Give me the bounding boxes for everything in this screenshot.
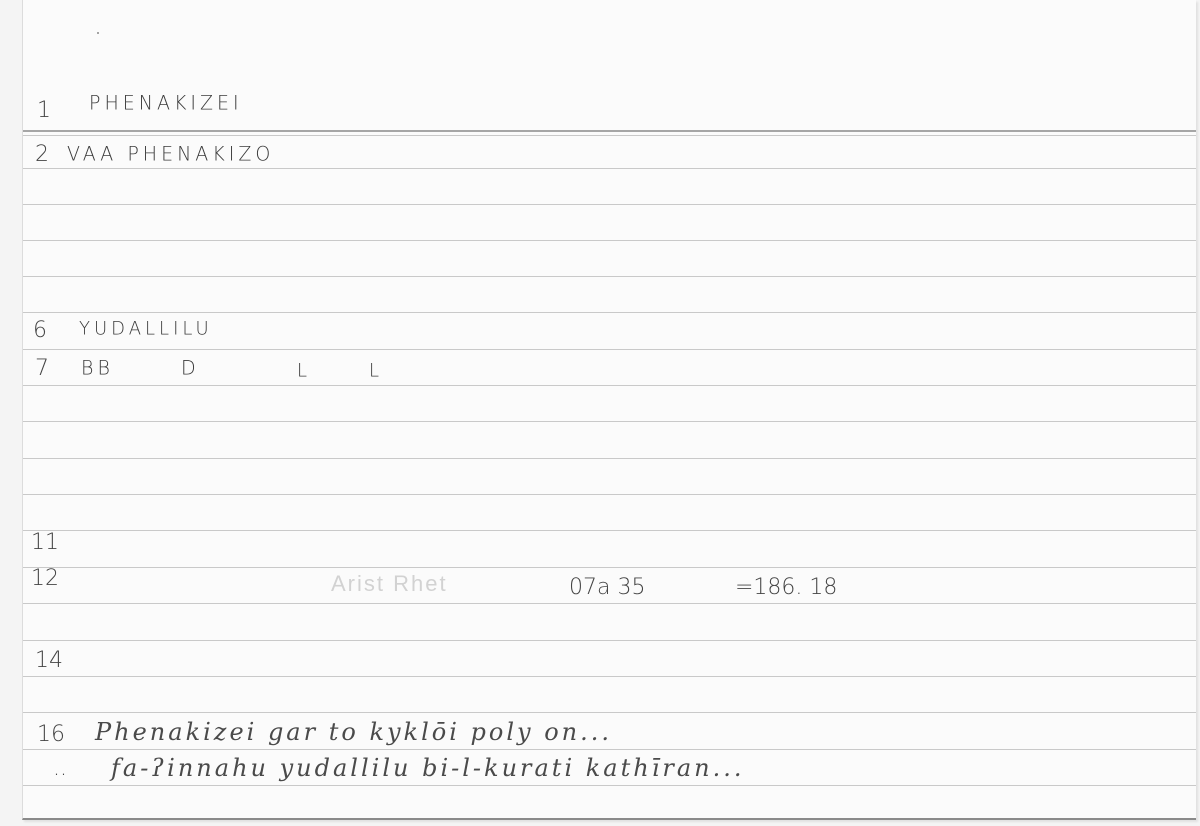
line-number: 12: [31, 566, 59, 591]
ruled-line: [23, 240, 1196, 241]
ruled-line: [23, 603, 1196, 604]
ruled-line: [23, 204, 1196, 205]
ruled-line: [23, 135, 1196, 136]
handwritten-reference: 07a 35: [569, 575, 645, 600]
handwritten-text: VAA PHENAKIZO: [67, 142, 274, 165]
ruled-line: [23, 494, 1196, 495]
continuation-mark: ..: [53, 756, 67, 781]
ruled-line: [23, 421, 1196, 422]
line-number: 11: [31, 530, 59, 555]
handwritten-mark: L: [297, 359, 311, 381]
ruled-line: [23, 312, 1196, 313]
stamp-source: Arist Rhet: [331, 571, 448, 597]
handwritten-text: PHENAKIZEI: [89, 91, 243, 114]
handwritten-text: BB: [81, 356, 114, 379]
ruled-line: [23, 749, 1196, 750]
handwritten-equivalence: =186. 18: [735, 575, 837, 600]
line-number: 14: [35, 648, 63, 673]
index-card: 1 PHENAKIZEI 2 VAA PHENAKIZO 6 YUDALLILU…: [22, 0, 1196, 820]
ruled-line: [23, 168, 1196, 169]
handwritten-mark: L: [369, 359, 383, 381]
ruled-line: [23, 640, 1196, 641]
ruled-line: [23, 785, 1196, 786]
line-number: 7: [35, 356, 49, 381]
ruled-line: [23, 567, 1196, 568]
line-number: 16: [37, 722, 65, 747]
handwritten-text: YUDALLILU: [79, 317, 213, 339]
ruled-line: [23, 676, 1196, 677]
ruled-line-heavy: [23, 130, 1196, 132]
ruled-line: [23, 458, 1196, 459]
line-number: 1: [37, 98, 51, 123]
handwritten-text: Phenakizei gar to kyklōi poly on...: [95, 718, 612, 746]
line-number: 6: [33, 318, 47, 343]
speck: [97, 32, 99, 34]
handwritten-mark: D: [181, 356, 200, 379]
handwritten-text: fa-ʔinnahu yudallilu bi-l-kurati kathīra…: [111, 754, 745, 782]
ruled-line: [23, 712, 1196, 713]
ruled-line: [23, 349, 1196, 350]
line-number: 2: [35, 142, 49, 167]
ruled-line: [23, 530, 1196, 531]
ruled-line: [23, 385, 1196, 386]
ruled-line: [23, 276, 1196, 277]
